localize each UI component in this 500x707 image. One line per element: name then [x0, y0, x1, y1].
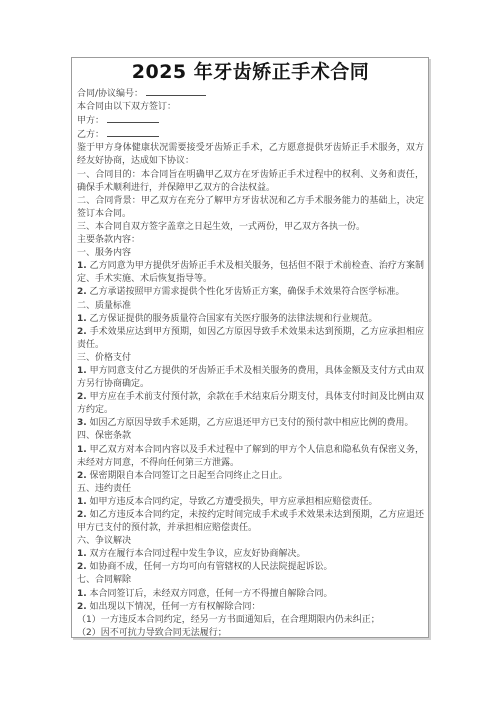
section-item: 2. 如出现以下情况，任何一方有权解除合同：	[77, 601, 424, 614]
section-item: 1. 如甲方违反本合同约定，导致乙方遭受损失，甲方应承担相应赔偿责任。	[77, 496, 424, 509]
section-heading: 一、服务内容	[77, 247, 424, 260]
section-item: 2. 乙方承诺按照甲方需求提供个性化牙齿矫正方案，确保手术效果符合医学标准。	[77, 286, 424, 299]
party-a-label: 甲方：	[77, 116, 104, 126]
section-heading: 四、保密条款	[77, 430, 424, 443]
general-clause-purpose: 一、合同目的：本合同旨在明确甲乙双方在牙齿矫正手术过程中的权利、义务和责任，确保…	[77, 169, 424, 195]
parties-intro: 本合同由以下双方签订：	[77, 101, 424, 114]
section-subitem: （1）一方违反本合同约定，经另一方书面通知后，在合理期限内仍未纠正；	[77, 614, 424, 627]
item-number: 2.	[77, 562, 87, 572]
section-heading: 五、违约责任	[77, 483, 424, 496]
general-clause-effect: 三、本合同自双方签字盖章之日起生效，一式两份，甲乙双方各执一份。	[77, 221, 424, 234]
item-number: 2.	[77, 602, 87, 612]
document-page: 2025 年牙齿矫正手术合同 合同/协议编号： 本合同由以下双方签订： 甲方： …	[0, 0, 500, 707]
general-clause-background: 二、合同背景：甲乙双方在充分了解甲方牙齿状况和乙方手术服务能力的基础上，决定签订…	[77, 195, 424, 221]
contract-number-row: 合同/协议编号：	[77, 87, 424, 101]
item-number: 1.	[77, 366, 87, 376]
item-number: 2.	[77, 392, 87, 402]
contract-sections: 一、服务内容1. 乙方同意为甲方提供牙齿矫正手术及相关服务，包括但不限于术前检查…	[77, 247, 424, 638]
item-number: 2.	[77, 471, 87, 481]
section-item: 1. 甲方同意支付乙方提供的牙齿矫正手术及相关服务的费用，具体金额及支付方式由双…	[77, 365, 424, 391]
main-terms-heading: 主要条款内容：	[77, 234, 424, 247]
contract-number-label: 合同/协议编号：	[77, 89, 143, 99]
contract-sheet: 2025 年牙齿矫正手术合同 合同/协议编号： 本合同由以下双方签订： 甲方： …	[71, 57, 429, 638]
section-item: 3. 如因乙方原因导致手术延期，乙方应退还甲方已支付的预付款中相应比例的费用。	[77, 417, 424, 430]
party-b-row: 乙方：	[77, 128, 424, 142]
section-item: 2. 保密期限自本合同签订之日起至合同终止之日止。	[77, 470, 424, 483]
section-item: 2. 如乙方违反本合同约定，未按约定时间完成手术或手术效果未达到预期，乙方应退还…	[77, 509, 424, 535]
item-number: 1.	[77, 314, 87, 324]
contract-number-blank	[146, 87, 206, 96]
item-number: 2.	[77, 327, 87, 337]
section-item: 1. 甲乙双方对本合同内容以及手术过程中了解到的甲方个人信息和隐私负有保密义务，…	[77, 444, 424, 470]
contract-body: 合同/协议编号： 本合同由以下双方签订： 甲方： 乙方： 鉴于甲方身体健康状况需…	[77, 87, 424, 638]
item-number: 1.	[77, 445, 87, 455]
section-item: 1. 双方在履行本合同过程中发生争议，应友好协商解决。	[77, 548, 424, 561]
party-a-row: 甲方：	[77, 114, 424, 128]
item-number: 1.	[77, 497, 87, 507]
party-a-blank	[107, 114, 159, 123]
section-item: 1. 乙方保证提供的服务质量符合国家有关医疗服务的法律法规和行业规范。	[77, 313, 424, 326]
item-number: 2.	[77, 510, 87, 520]
item-number: 1.	[77, 589, 87, 599]
section-item: 2. 甲方应在手术前支付预付款，余款在手术结束后分期支付，具体支付时间及比例由双…	[77, 391, 424, 417]
section-heading: 七、合同解除	[77, 574, 424, 587]
section-subitem: （2）因不可抗力导致合同无法履行；	[77, 627, 424, 638]
section-heading: 六、争议解决	[77, 535, 424, 548]
party-b-label: 乙方：	[77, 130, 104, 140]
section-item: 2. 手术效果应达到甲方预期，如因乙方原因导致手术效果未达到预期，乙方应承担相应…	[77, 326, 424, 352]
section-heading: 三、价格支付	[77, 352, 424, 365]
section-heading: 二、质量标准	[77, 300, 424, 313]
item-number: 1.	[77, 549, 87, 559]
contract-title: 2025 年牙齿矫正手术合同	[77, 60, 424, 85]
item-number: 1.	[77, 261, 87, 271]
section-item: 2. 如协商不成，任何一方均可向有管辖权的人民法院提起诉讼。	[77, 561, 424, 574]
item-number: 2.	[77, 287, 87, 297]
preamble: 鉴于甲方身体健康状况需要接受牙齿矫正手术，乙方愿意提供牙齿矫正手术服务，双方经友…	[77, 142, 424, 168]
item-number: 3.	[77, 418, 87, 428]
section-item: 1. 本合同签订后，未经双方同意，任何一方不得擅自解除合同。	[77, 588, 424, 601]
party-b-blank	[107, 128, 159, 137]
section-item: 1. 乙方同意为甲方提供牙齿矫正手术及相关服务，包括但不限于术前检查、治疗方案制…	[77, 260, 424, 286]
